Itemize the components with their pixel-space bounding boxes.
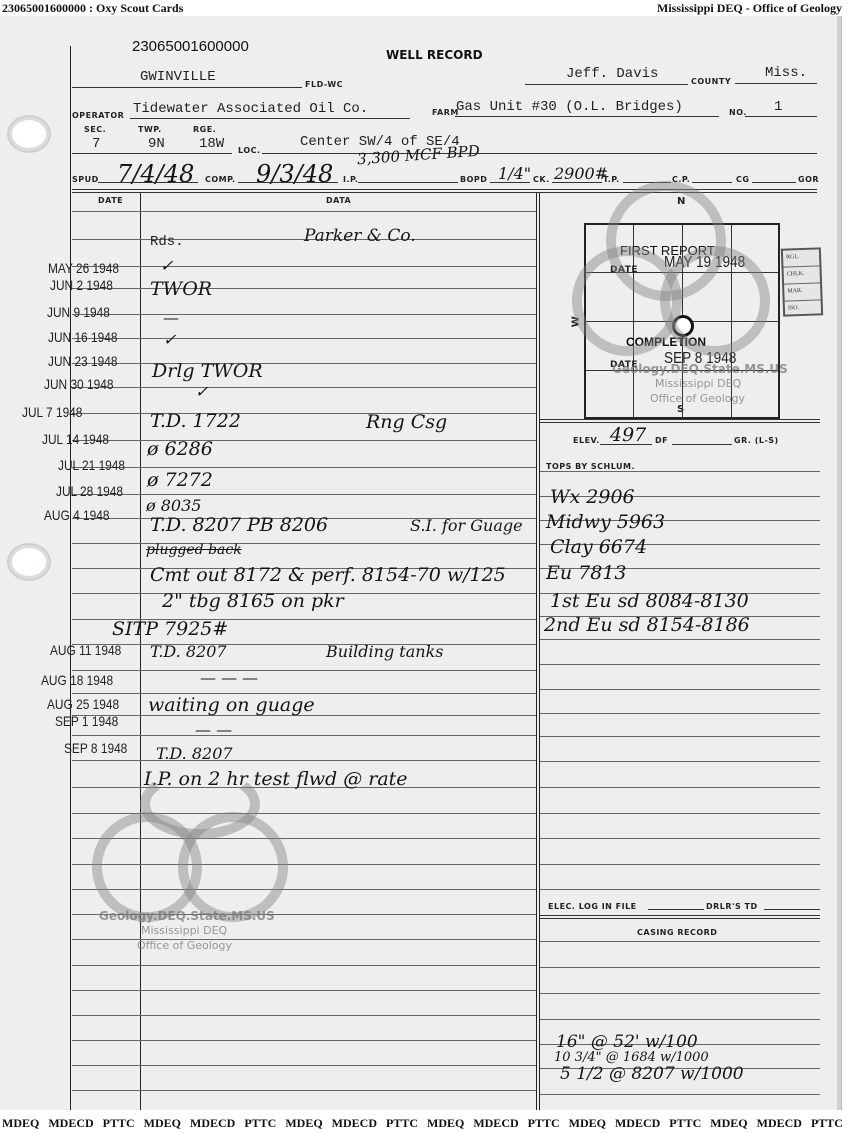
casing-rule bbox=[540, 915, 820, 916]
rge-value: 18W bbox=[199, 136, 224, 152]
log-date: JUN 30 1948 bbox=[44, 376, 113, 392]
log-date: JUL 28 1948 bbox=[56, 483, 123, 499]
elev-underline bbox=[600, 444, 652, 445]
log-date: JUN 9 1948 bbox=[47, 304, 110, 320]
county-value: Jeff. Davis bbox=[566, 66, 658, 82]
df-underline bbox=[672, 444, 732, 445]
top-entry: 2nd Eu sd 8154-8186 bbox=[544, 614, 750, 636]
log-data: T.D. 8207 PB 8206 bbox=[150, 514, 328, 536]
log-date: JUN 2 1948 bbox=[50, 277, 113, 293]
log-data: waiting on guage bbox=[148, 694, 315, 716]
watermark-org: Mississippi DEQ bbox=[655, 377, 741, 390]
top-entry: Eu 7813 bbox=[546, 562, 627, 584]
log-note: Rng Csg bbox=[366, 411, 447, 433]
loc-underline bbox=[262, 153, 817, 154]
operator-underline bbox=[130, 118, 410, 119]
contractor-value: Parker & Co. bbox=[304, 226, 416, 246]
source-title: Mississippi DEQ - Office of Geology bbox=[657, 0, 842, 16]
bopd-value: 1/4" bbox=[498, 164, 531, 183]
log-date: JUN 16 1948 bbox=[48, 329, 117, 345]
review-iso: ISO. bbox=[785, 300, 822, 318]
log-data-struck: plugged back bbox=[146, 542, 242, 558]
field-value: GWINVILLE bbox=[140, 69, 216, 85]
left-border bbox=[70, 46, 71, 1110]
data-column-header: DATA bbox=[326, 196, 351, 205]
top-entry: Clay 6674 bbox=[550, 536, 647, 558]
well-no-value: 1 bbox=[774, 99, 782, 115]
log-data: T.D. 1722 bbox=[150, 410, 241, 432]
gr-label: GR. (L-S) bbox=[734, 436, 779, 445]
operator-label: OPERATOR bbox=[72, 111, 124, 120]
df-label: DF bbox=[655, 436, 668, 445]
tp-label: T.P. bbox=[603, 175, 620, 184]
gor-label: GOR bbox=[798, 175, 819, 184]
log-data: ø 8035 bbox=[146, 496, 201, 515]
field-underline bbox=[72, 87, 302, 88]
well-no-underline bbox=[745, 116, 817, 117]
punch-hole-icon bbox=[12, 548, 46, 576]
spud-underline bbox=[98, 182, 198, 183]
watermark-url: Geology.DEQ.State.MS.US bbox=[99, 909, 275, 923]
twp-value: 9N bbox=[148, 136, 165, 152]
form-title: WELL RECORD bbox=[386, 48, 483, 62]
log-date: SEP 1 1948 bbox=[55, 713, 118, 729]
spud-label: SPUD bbox=[72, 175, 99, 184]
sec-twp-rge-underline bbox=[72, 153, 232, 154]
watermark-office: Office of Geology bbox=[650, 392, 745, 405]
data-column-divider bbox=[539, 193, 540, 1110]
log-date: AUG 11 1948 bbox=[50, 642, 121, 658]
log-data: SITP 7925# bbox=[112, 618, 228, 640]
casing-rule bbox=[540, 918, 820, 919]
well-record-card: 23065001600000 WELL RECORD GWINVILLE FLD… bbox=[0, 16, 842, 1110]
state-underline bbox=[735, 83, 817, 84]
tops-label: TOPS BY SCHLUM. bbox=[546, 462, 635, 471]
date-column-divider bbox=[140, 193, 141, 1110]
elev-value: 497 bbox=[610, 424, 646, 446]
ip-underline bbox=[358, 182, 458, 183]
header-rule bbox=[72, 192, 817, 193]
page-footer: MDEQ MDECD PTTC MDEQ MDECD PTTC MDEQ MDE… bbox=[0, 1113, 850, 1133]
casing-entry: 10 3/4" @ 1684 w/1000 bbox=[554, 1050, 709, 1065]
spud-value: 7/4/48 bbox=[117, 160, 194, 188]
log-date: SEP 8 1948 bbox=[64, 740, 127, 756]
watermark-office: Office of Geology bbox=[137, 939, 232, 952]
top-entry: Wx 2906 bbox=[550, 486, 635, 508]
review-chlk: CHLK. bbox=[783, 266, 820, 284]
casing-record-label: CASING RECORD bbox=[637, 928, 717, 937]
rds-label: Rds. bbox=[150, 234, 184, 250]
bopd-underline bbox=[490, 182, 530, 183]
rge-label: RGE. bbox=[193, 125, 216, 134]
farm-value: Gas Unit #30 (O.L. Bridges) bbox=[456, 99, 683, 115]
field-label: FLD-WC bbox=[305, 80, 343, 89]
comp-value: 9/3/48 bbox=[256, 160, 333, 188]
log-date: MAY 26 1948 bbox=[48, 260, 119, 276]
casing-entry: 16" @ 52' w/100 bbox=[556, 1032, 698, 1052]
county-label: COUNTY bbox=[691, 77, 731, 86]
ck-underline bbox=[552, 182, 602, 183]
log-data: T.D. 8207 bbox=[150, 642, 227, 661]
log-date: JUL 14 1948 bbox=[42, 431, 109, 447]
log-note: S.I. for Guage bbox=[410, 516, 523, 535]
log-date: JUL 7 1948 bbox=[22, 404, 82, 420]
api-number: 23065001600000 bbox=[132, 38, 249, 55]
log-data: ✓ bbox=[195, 382, 208, 401]
review-rgl: RGL. bbox=[783, 249, 820, 267]
log-date: AUG 18 1948 bbox=[41, 672, 113, 688]
page-header: 23065001600000 : Oxy Scout Cards Mississ… bbox=[0, 0, 850, 16]
sec-label: SEC. bbox=[84, 125, 106, 134]
log-note: Building tanks bbox=[326, 642, 443, 661]
log-data: 2" tbg 8165 on pkr bbox=[162, 590, 344, 612]
ip-label: I.P. bbox=[343, 175, 358, 184]
log-data: T.D. 8207 bbox=[156, 744, 233, 763]
cg-label: CG bbox=[736, 175, 749, 184]
log-date: AUG 25 1948 bbox=[47, 696, 119, 712]
log-date: AUG 4 1948 bbox=[44, 507, 110, 523]
elev-label: ELEV. bbox=[573, 436, 600, 445]
log-data: ✓ bbox=[160, 256, 173, 275]
map-rule bbox=[540, 419, 820, 420]
review-mar: MAR. bbox=[784, 283, 821, 301]
log-data: ø 6286 bbox=[147, 438, 213, 460]
log-date: JUL 21 1948 bbox=[58, 457, 125, 473]
map-rule bbox=[540, 422, 820, 423]
comp-label: COMP. bbox=[205, 175, 236, 184]
cg-underline bbox=[752, 182, 796, 183]
log-data: — — — bbox=[200, 668, 258, 687]
data-column-divider bbox=[536, 193, 537, 1110]
elec-log-underline bbox=[648, 909, 704, 910]
casing-entry: 5 1/2 @ 8207 w/1000 bbox=[560, 1064, 744, 1084]
top-entry: 1st Eu sd 8084-8130 bbox=[550, 590, 749, 612]
watermark-url: Geology.DEQ.State.MS.US bbox=[612, 362, 788, 376]
bopd-label: BOPD bbox=[460, 175, 487, 184]
county-underline bbox=[525, 84, 688, 85]
log-data: Cmt out 8172 & perf. 8154-70 w/125 bbox=[150, 564, 506, 586]
header-rule bbox=[72, 189, 817, 190]
log-data: Drlg TWOR bbox=[152, 360, 263, 382]
punch-hole-icon bbox=[12, 120, 46, 148]
record-title: 23065001600000 : Oxy Scout Cards bbox=[2, 0, 183, 16]
log-data: TWOR bbox=[150, 278, 212, 300]
date-column-header: DATE bbox=[98, 196, 123, 205]
log-data: ✓ bbox=[163, 330, 176, 349]
farm-underline bbox=[455, 116, 719, 117]
state-value: Miss. bbox=[765, 65, 807, 81]
drlr-td-underline bbox=[764, 909, 820, 910]
ck-label: CK. bbox=[533, 175, 550, 184]
log-data: — — bbox=[195, 720, 232, 739]
comp-underline bbox=[238, 182, 338, 183]
cp-underline bbox=[692, 182, 732, 183]
watermark-org: Mississippi DEQ bbox=[141, 924, 227, 937]
log-data: — bbox=[163, 308, 179, 327]
sec-value: 7 bbox=[92, 136, 100, 152]
ck-value: 2900# bbox=[554, 164, 608, 183]
top-entry: Midwy 5963 bbox=[546, 511, 665, 533]
operator-value: Tidewater Associated Oil Co. bbox=[133, 101, 368, 117]
loc-label: LOC. bbox=[238, 146, 261, 155]
review-stamp: RGL. CHLK. MAR. ISO. bbox=[781, 247, 823, 316]
log-data: ø 7272 bbox=[147, 469, 213, 491]
log-date: JUN 23 1948 bbox=[48, 353, 117, 369]
twp-label: TWP. bbox=[138, 125, 162, 134]
elec-log-label: ELEC. LOG IN FILE bbox=[548, 902, 637, 911]
drlr-td-label: DRLR'S TD bbox=[706, 902, 758, 911]
